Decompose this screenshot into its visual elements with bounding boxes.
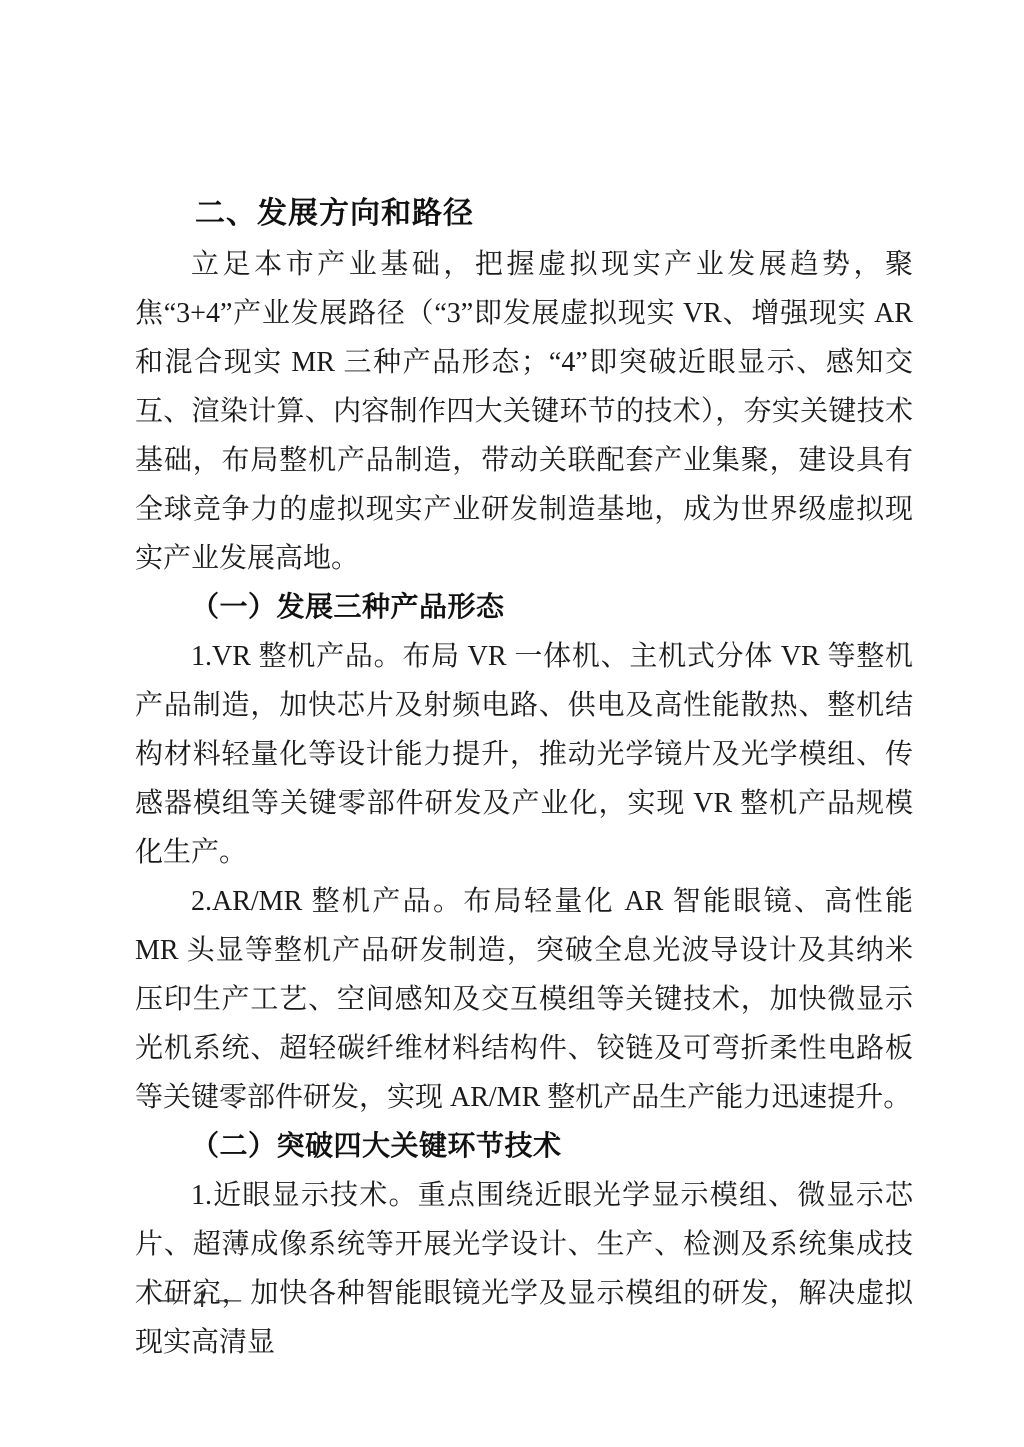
document-body: 二、发展方向和路径 立足本市产业基础，把握虚拟现实产业发展趋势，聚焦“3+4”产… xyxy=(135,188,913,1367)
subsection-heading-1: （一）发展三种产品形态 xyxy=(135,583,913,632)
subsection-heading-2: （二）突破四大关键环节技术 xyxy=(135,1122,913,1171)
body-paragraph-near-eye-display: 1.近眼显示技术。重点围绕近眼光学显示模组、微显示芯片、超薄成像系统等开展光学设… xyxy=(135,1171,913,1367)
document-page: 二、发展方向和路径 立足本市产业基础，把握虚拟现实产业发展趋势，聚焦“3+4”产… xyxy=(0,0,1024,1447)
body-paragraph-ar-mr: 2.AR/MR 整机产品。布局轻量化 AR 智能眼镜、高性能 MR 头显等整机产… xyxy=(135,877,913,1122)
page-number-footer: — 4 — xyxy=(158,1286,243,1314)
intro-paragraph: 立足本市产业基础，把握虚拟现实产业发展趋势，聚焦“3+4”产业发展路径（“3”即… xyxy=(135,240,913,583)
section-heading: 二、发展方向和路径 xyxy=(135,188,913,240)
body-paragraph-vr: 1.VR 整机产品。布局 VR 一体机、主机式分体 VR 等整机产品制造，加快芯… xyxy=(135,632,913,877)
